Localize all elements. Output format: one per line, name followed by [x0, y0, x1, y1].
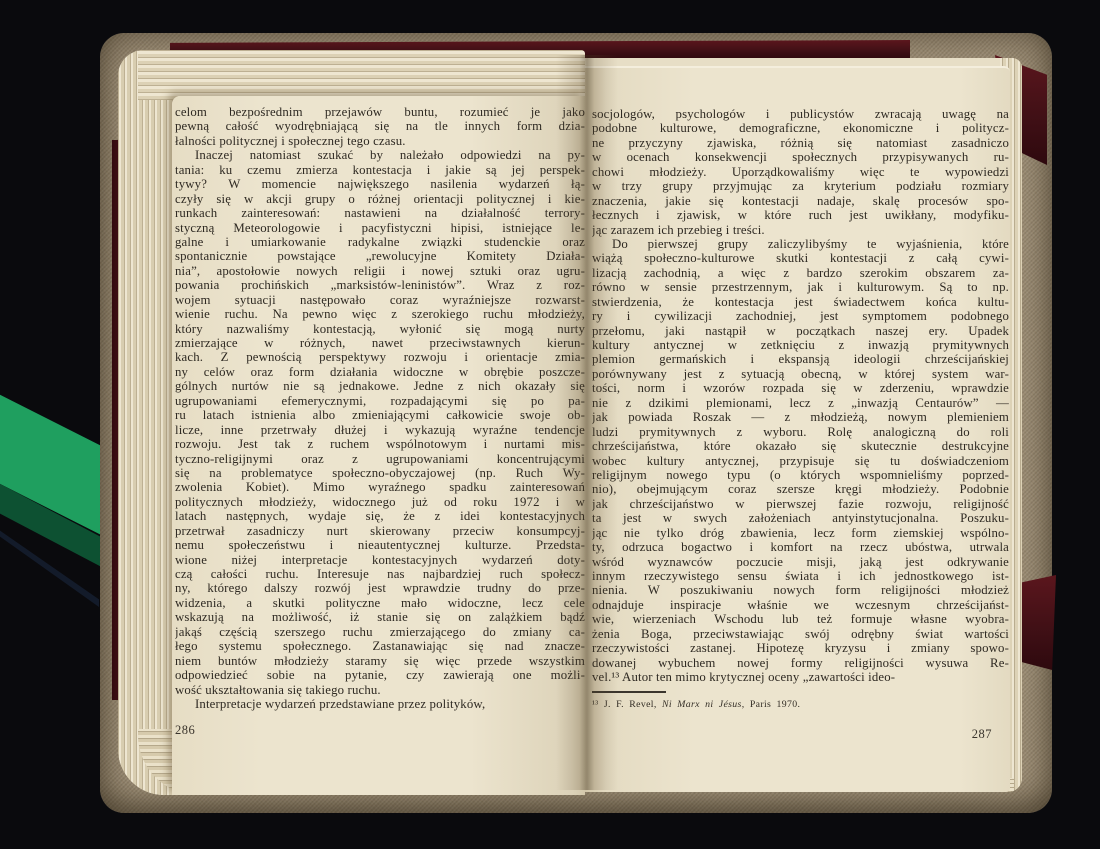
text-line: ny celów oraz form działania widoczne w …	[175, 365, 585, 379]
text-line: nia”, apostołowie nowych religii i nowej…	[175, 264, 585, 278]
text-line: nienia. W poszukiwaniu nowych form relig…	[592, 583, 1009, 597]
text-line: styczną Meteorologowie i pacyfistyczni h…	[175, 221, 585, 235]
text-line: wojem sytuacji następowało coraz wyraźni…	[175, 293, 585, 307]
text-line: wśród wyznawców poczucie misji, jaką jes…	[592, 555, 1009, 569]
text-line: w trzy grupy przyjmując za kryterium pod…	[592, 179, 1009, 193]
text-line: latach następnych, wydaje się, że z idei…	[175, 509, 585, 523]
text-line: innym rzeczywistego sensu świata i ich j…	[592, 569, 1009, 583]
text-line: Interpretacje wydarzeń przedstawiane prz…	[175, 697, 585, 711]
text-line: nemu społeczeństwu i nieautentycznej kul…	[175, 538, 585, 552]
text-line: tyczno-religijnymi oraz z ugrupowaniami …	[175, 452, 585, 466]
text-line: równo w sensie przestrzennym, jak i kult…	[592, 280, 1009, 294]
text-line: tania: ku czemu zmierza kontestacja i ja…	[175, 163, 585, 177]
text-line: podobne kulturowe, demograficzne, ekonom…	[592, 121, 1009, 135]
text-line: który nazwaliśmy kontestacją, wyłonić si…	[175, 322, 585, 336]
book-page-right: socjologów, psychologów i publicystów zw…	[585, 66, 1010, 792]
text-line: powania prochińskich „marksistów-leninis…	[175, 278, 585, 292]
text-line: wobec kultury antycznej, przypisuje się …	[592, 454, 1009, 468]
text-line: nie z dzikimi plemionami, lecz z „inwazj…	[592, 396, 1009, 410]
text-line: wienie ruchu. Na pewno więc z szerokiego…	[175, 307, 585, 321]
text-line: ty, odrzuca bogactwo i komfort na rzecz …	[592, 540, 1009, 554]
text-line: Do pierwszej grupy zaliczylibyśmy te wyj…	[592, 237, 1009, 251]
text-line: żenia Boga, przeciwstawiając swój odrębn…	[592, 627, 1009, 641]
text-line: jakąś częścią szerszego ruchu zmierzając…	[175, 625, 585, 639]
photo-background: celom bezpośrednim przejawów buntu, rozu…	[0, 0, 1100, 849]
text-line: wskazują na możliwość, iż stanie się on …	[175, 610, 585, 624]
text-line: religijnym nowego typu (o których wspomn…	[592, 468, 1009, 482]
text-line: niem buntów młodzieży staramy się więc p…	[175, 654, 585, 668]
text-line: gólnych nurtów nie są jednakowe. Jedne z…	[175, 379, 585, 393]
text-line: tości, norm i wzorów rozpada się w zderz…	[592, 381, 1009, 395]
footnote-place: Paris 1970.	[745, 699, 801, 710]
text-line: rozwoju. Jest tak z ruchem wspólnotowym …	[175, 437, 585, 451]
text-line: licze, inne przetrwały dłużej i wykazują…	[175, 423, 585, 437]
text-line: tywy? W momencie największego nasilenia …	[175, 177, 585, 191]
text-line: łecznych i zjawisk, w które ruch jest uw…	[592, 208, 1009, 222]
text-line: lizacją zachodnią, a więc z bardzo szero…	[592, 266, 1009, 280]
text-line: łalności politycznej i społecznej tego c…	[175, 134, 585, 148]
page-edges-left	[118, 50, 174, 795]
text-line: ne przyczyny zjawiska, różnią się natomi…	[592, 136, 1009, 150]
text-line: chrześcijaństwa, które okazało się skute…	[592, 439, 1009, 453]
text-line: wione niżej interpretacje kontestacyjnyc…	[175, 553, 585, 567]
text-line: chowi młodzieży. Uporządkowaliśmy więc t…	[592, 165, 1009, 179]
footnote-text: ¹³ J. F. Revel, Ni Marx ni Jésus, Paris …	[592, 699, 1009, 710]
text-line: socjologów, psychologów i publicystów zw…	[592, 107, 1009, 121]
text-line: znaczenia, jakie się kontestacji nadaje,…	[592, 194, 1009, 208]
text-line: odnajduje inspiracje właśnie we wczesnym…	[592, 598, 1009, 612]
text-line: jąc zarazem ich przebieg i treści.	[592, 223, 1009, 237]
page-text-left: celom bezpośrednim przejawów buntu, rozu…	[175, 105, 585, 711]
text-line: stwierdzenia, że kontestacja jest świade…	[592, 295, 1009, 309]
text-line: runkach zainteresowań: nastawieni na dzi…	[175, 206, 585, 220]
text-line: ru latach istnienia albo zmieniającymi c…	[175, 408, 585, 422]
text-line: porównywany jest z sytuacją obecną, w kt…	[592, 367, 1009, 381]
text-line: nio), obejmującym coraz szersze kręgi mł…	[592, 482, 1009, 496]
text-line: ludzi prymitywnych z wyboru. Rolę analog…	[592, 425, 1009, 439]
text-line: dowanej wybuchem nowej formy religijnośc…	[592, 656, 1009, 670]
text-line: politycznych młodzieży, widocznego już o…	[175, 495, 585, 509]
page-text-right: socjologów, psychologów i publicystów zw…	[592, 107, 1009, 685]
text-line: łego systemu społecznego. Zastanawiając …	[175, 639, 585, 653]
text-line: vel.¹³ Autor ten mimo krytycznej oceny „…	[592, 670, 1009, 684]
text-line: spontanicznie powstające „rewolucyjne Ko…	[175, 249, 585, 263]
text-line: widzenia, a skutki polityczne mało widoc…	[175, 596, 585, 610]
text-line: zwolenia Kobiet). Mimo wyraźnego spadku …	[175, 480, 585, 494]
text-line: celom bezpośrednim przejawów buntu, rozu…	[175, 105, 585, 119]
text-line: ta jest w swych założeniach antyinstytuc…	[592, 511, 1009, 525]
text-line: pewną całość wyodrębniającą się na tle i…	[175, 119, 585, 133]
text-line: się na problematyce społeczno-obyczajowe…	[175, 466, 585, 480]
text-line: ny, którego dalszy rozwój jest wprawdzie…	[175, 581, 585, 595]
page-edges-top	[138, 50, 585, 100]
footnote-title: Ni Marx ni Jésus,	[662, 699, 745, 710]
page-number-right: 287	[972, 727, 992, 742]
text-line: w ocenach konsekwencji społecznych przyp…	[592, 150, 1009, 164]
book-page-left: celom bezpośrednim przejawów buntu, rozu…	[172, 96, 585, 795]
text-line: przełomu, jaki nastąpił w początkach nas…	[592, 324, 1009, 338]
text-line: wość ukształtowania się takiego ruchu.	[175, 683, 585, 697]
footnote-marker: ¹³	[592, 699, 604, 710]
text-line: jąc nie tylko dróg zbawienia, lecz form …	[592, 526, 1009, 540]
text-line: kultury antycznej w zetknięciu z inwazją…	[592, 338, 1009, 352]
text-line: Inaczej natomiast szukać by należało odp…	[175, 148, 585, 162]
text-line: kach. Z pewnością perspektywy rozwoju i …	[175, 350, 585, 364]
text-line: plemion germańskich i ekspansją ideologi…	[592, 352, 1009, 366]
page-number-left: 286	[175, 723, 195, 738]
text-line: czyły się w akcji grupy o różnej orienta…	[175, 192, 585, 206]
text-line: wie, wierzeniach Wschodu lub też formuje…	[592, 612, 1009, 626]
text-line: jak powiada Roszak — z młodzieżą, nowym …	[592, 410, 1009, 424]
text-line: wiążą społeczno-kulturowe skutki kontest…	[592, 251, 1009, 265]
footnote-author: J. F. Revel,	[604, 699, 662, 710]
text-line: odpowiedzieć sobie na pytanie, czy zawie…	[175, 668, 585, 682]
text-line: rzeczywistości zastanej. Hipotezę kryzys…	[592, 641, 1009, 655]
footnote: ¹³ J. F. Revel, Ni Marx ni Jésus, Paris …	[592, 691, 1009, 710]
text-line: jak chrześcijaństwo w pierwszej fazie ro…	[592, 497, 1009, 511]
footnote-rule	[592, 691, 666, 693]
text-line: ugrupowaniami efemerycznymi, rozpadający…	[175, 394, 585, 408]
text-line: ry i cywilizacji zachodniej, jest sympto…	[592, 309, 1009, 323]
text-line: zmierzające w różnych, nawet przeciwstaw…	[175, 336, 585, 350]
text-line: czą całości ruchu. Interesuje nas najbar…	[175, 567, 585, 581]
text-line: galne i umiarkowanie radykalne związki s…	[175, 235, 585, 249]
text-line: przetrwał zasadniczy nurt skierowany prz…	[175, 524, 585, 538]
